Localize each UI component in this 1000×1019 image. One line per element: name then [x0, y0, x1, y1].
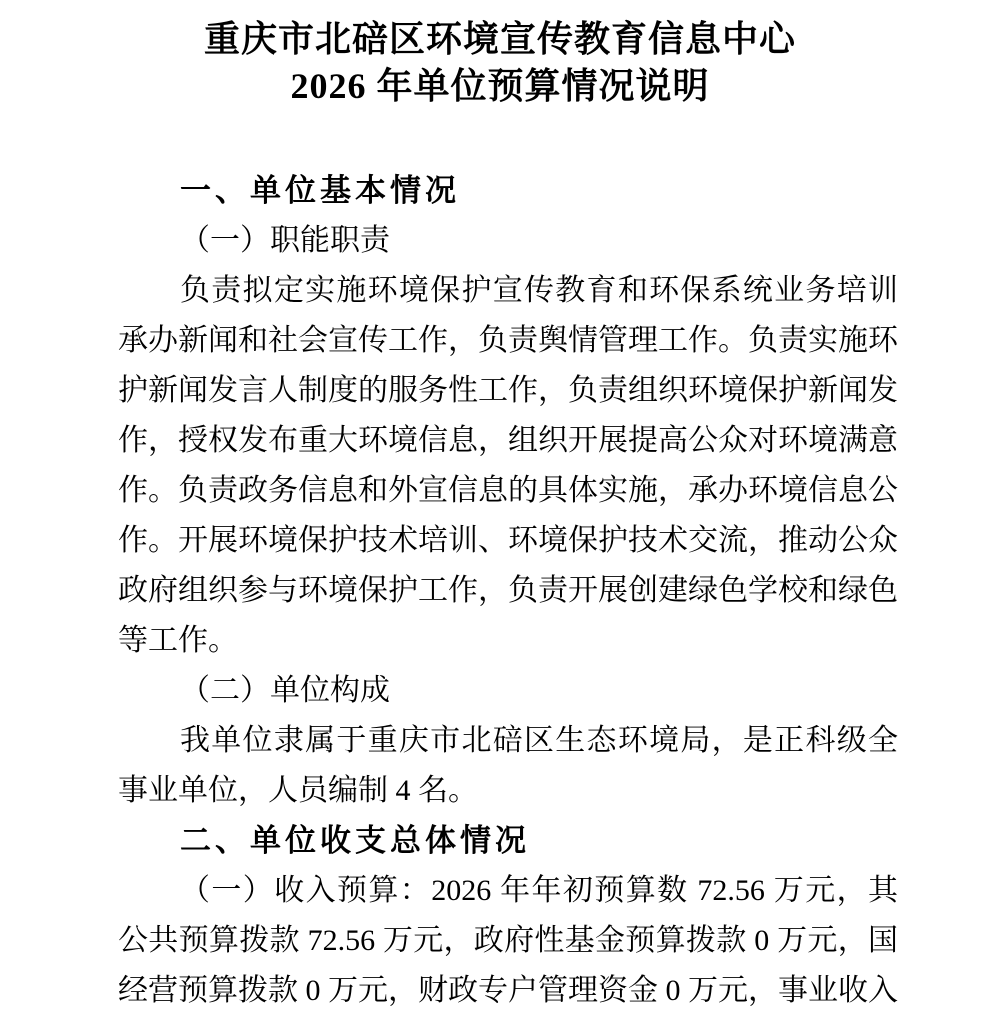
subsection-heading-1-1: （一）职能职责: [118, 216, 898, 266]
paragraph-line: 政府组织参与环境保护工作，负责开展创建绿色学校和绿色社区: [118, 566, 898, 616]
paragraph-line: 作。负责政务信息和外宣信息的具体实施，承办环境信息公开工: [118, 466, 898, 516]
document-page: 重庆市北碚区环境宣传教育信息中心 2026 年单位预算情况说明 一、单位基本情况…: [0, 0, 1000, 1019]
paragraph-line: 承办新闻和社会宣传工作，负责舆情管理工作。负责实施环境保: [118, 316, 898, 366]
subsection-heading-1-2: （二）单位构成: [118, 666, 898, 716]
paragraph-line: 我单位隶属于重庆市北碚区生态环境局，是正科级全额拨款: [118, 716, 898, 766]
paragraph-line: 事业单位，人员编制 4 名。: [118, 766, 898, 816]
paragraph-line: 作。开展环境保护技术培训、环境保护技术交流，推动公众和非: [118, 516, 898, 566]
paragraph-line: 等工作。: [118, 616, 898, 666]
section-heading-2: 二、单位收支总体情况: [118, 816, 898, 866]
document-body: 一、单位基本情况（一）职能职责负责拟定实施环境保护宣传教育和环保系统业务培训计划…: [118, 166, 898, 1016]
paragraph-line: 作，授权发布重大环境信息，组织开展提高公众对环境满意度工: [118, 416, 898, 466]
document-title-line-2: 2026 年单位预算情况说明: [0, 63, 1000, 110]
paragraph-line: 公共预算拨款 72.56 万元，政府性基金预算拨款 0 万元，国有资本: [118, 916, 898, 966]
section-heading-1: 一、单位基本情况: [118, 166, 898, 216]
document-title-line-1: 重庆市北碚区环境宣传教育信息中心: [0, 16, 1000, 63]
paragraph-line: 护新闻发言人制度的服务性工作，负责组织环境保护新闻发布工: [118, 366, 898, 416]
paragraph-line: 经营预算拨款 0 万元，财政专户管理资金 0 万元，事业收入 0 万元，: [118, 966, 898, 1016]
document-title: 重庆市北碚区环境宣传教育信息中心 2026 年单位预算情况说明: [0, 0, 1000, 110]
paragraph-line: 负责拟定实施环境保护宣传教育和环保系统业务培训计划，: [118, 266, 898, 316]
paragraph-line: （一）收入预算：2026 年年初预算数 72.56 万元，其中：一般: [118, 866, 898, 916]
